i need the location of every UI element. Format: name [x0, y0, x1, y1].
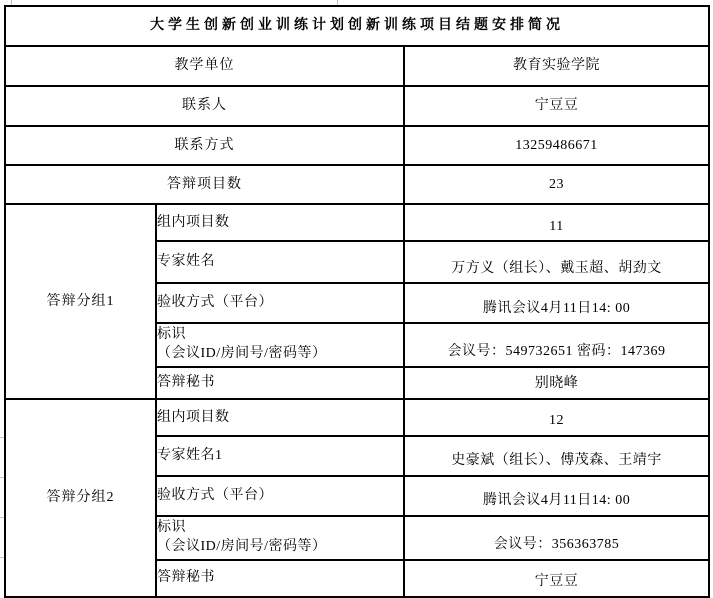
group1-meeting-id-label: 标识 （会议ID/房间号/密码等） — [156, 323, 404, 367]
group1-platform-label: 验收方式（平台） — [156, 283, 404, 323]
defense-project-count-label: 答辩项目数 — [5, 165, 404, 204]
group2-platform-label: 验收方式（平台） — [156, 476, 404, 516]
group1-experts-value: 万方义（组长）、戴玉超、胡劲文 — [404, 241, 709, 283]
group1-meeting-id-value: 会议号：549732651 密码：147369 — [404, 323, 709, 367]
teaching-unit-label: 教学单位 — [5, 46, 404, 86]
group2-name: 答辩分组2 — [5, 399, 156, 597]
group1-secretary-label: 答辩秘书 — [156, 367, 404, 399]
table-title: 大学生创新创业训练计划创新训练项目结题安排简况 — [5, 6, 709, 46]
group1-project-count-value: 11 — [404, 204, 709, 241]
group1-experts-label: 专家姓名 — [156, 241, 404, 283]
meeting-id-label-line1: 标识 — [157, 327, 186, 342]
group2-project-count-label: 组内项目数 — [156, 399, 404, 436]
contact-person-label: 联系人 — [5, 86, 404, 126]
group2-meeting-id-value: 会议号：356363785 — [404, 516, 709, 560]
group1-secretary-value: 别晓峰 — [404, 367, 709, 399]
group1-name: 答辩分组1 — [5, 204, 156, 399]
group1-platform-value: 腾讯会议4月11日14: 00 — [404, 283, 709, 323]
group2-platform-value: 腾讯会议4月11日14: 00 — [404, 476, 709, 516]
group2-experts-value: 史豪斌（组长）、傅茂森、王靖宇 — [404, 436, 709, 476]
group2-secretary-value: 宁豆豆 — [404, 560, 709, 597]
contact-method-value: 13259486671 — [404, 126, 709, 165]
contact-person-value: 宁豆豆 — [404, 86, 709, 126]
group2-project-count-value: 12 — [404, 399, 709, 436]
group1-project-count-label: 组内项目数 — [156, 204, 404, 241]
contact-method-label: 联系方式 — [5, 126, 404, 165]
meeting-id-label-line2: （会议ID/房间号/密码等） — [157, 539, 327, 554]
meeting-id-label-line1: 标识 — [157, 520, 186, 535]
defense-project-count-value: 23 — [404, 165, 709, 204]
group2-meeting-id-label: 标识 （会议ID/房间号/密码等） — [156, 516, 404, 560]
group2-experts-label: 专家姓名1 — [156, 436, 404, 476]
group2-secretary-label: 答辩秘书 — [156, 560, 404, 597]
teaching-unit-value: 教育实验学院 — [404, 46, 709, 86]
defense-schedule-table: 大学生创新创业训练计划创新训练项目结题安排简况 教学单位 教育实验学院 联系人 … — [4, 5, 710, 598]
meeting-id-label-line2: （会议ID/房间号/密码等） — [157, 346, 327, 361]
